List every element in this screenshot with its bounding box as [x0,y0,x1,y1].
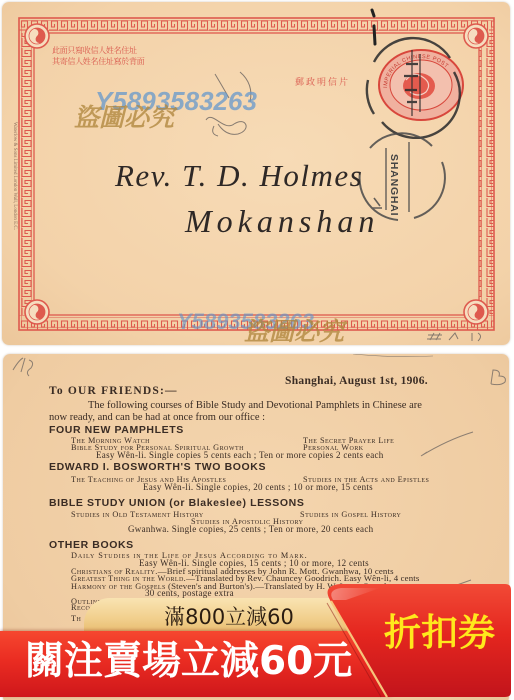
printed-instruction-line: 其寄信人姓名住址寫於背面 [52,58,144,66]
address-location: Mokanshan [185,205,379,237]
publication-title: Studies in Old Testament History [71,511,204,519]
discount-coupon-label[interactable]: 折扣券 [384,614,495,651]
watermark-notice: 盜圖必究 [74,105,174,130]
price-line: Easy Wên-li. Single copies, 20 cents ; 1… [143,483,373,492]
intro-line: now ready, and can be had at once from o… [49,413,265,424]
stamp-icon: IMPERIAL CHINESE POST [379,50,463,120]
yin-yang-icon [464,24,488,48]
publication-title: Studies in Gospel History [300,511,401,519]
printed-instruction-line: 此面只寫收信人姓名住址 [52,47,137,55]
truncated-line: Th [71,615,81,623]
section-heading: BIBLE STUDY UNION (or Blakeslee) LESSONS [49,498,304,509]
section-heading: FOUR NEW PAMPHLETS [49,425,184,436]
printer-imprint: Waterlow & Sons Limited London Wall, Lon… [12,122,17,230]
price-line: 30 cents, postage extra [145,589,234,598]
intro-line: The following courses of Bible Study and… [88,401,422,412]
salutation: To OUR FRIENDS:— [49,386,178,398]
follow-store-text: 關注賣場立減60元 [25,642,352,681]
card-title: 郵政明信片 [295,79,350,88]
postcard-front: IMPERIAL CHINESE POST SHANGHAI [2,2,510,345]
yin-yang-icon [25,300,49,324]
dateline: Shanghai, August 1st, 1906. [285,376,428,388]
follow-store-banner[interactable]: 關注賣場立減60元 [0,631,392,697]
watermark-notice: 盜圖必究 [244,319,344,344]
price-line: Gwanhwa. Single copies, 25 cents ; Ten o… [128,525,373,534]
yin-yang-icon [464,300,488,324]
yin-yang-icon [25,24,49,48]
publication-entry: Harmony of the Gospels (Steven's and Bur… [71,582,399,591]
section-heading: OTHER BOOKS [49,540,134,551]
postmark-city-text: SHANGHAI [388,154,400,216]
address-recipient: Rev. T. D. Holmes [115,160,363,191]
price-line: Easy Wên-li. Single copies 5 cents each … [96,451,384,460]
section-heading: EDWARD I. BOSWORTH'S TWO BOOKS [49,462,266,473]
